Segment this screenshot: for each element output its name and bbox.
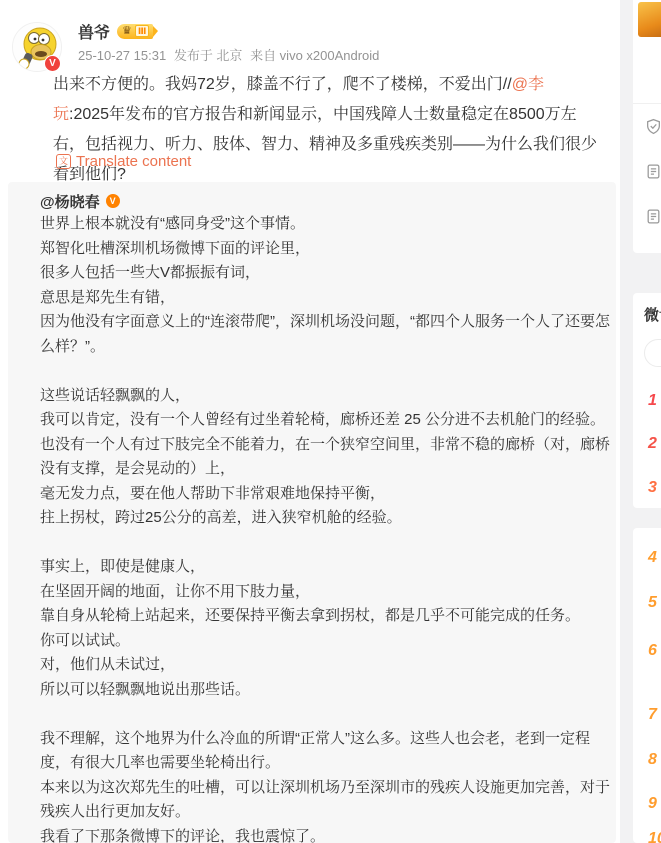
quote-line [40,359,610,384]
quote-line: 我可以肯定，没有一个人曾经有过坐着轮椅，廊桥还差 25 公分进不去机舱门的经验。 [40,408,610,433]
quote-line: 郑智化吐槽深圳机场微博下面的评论里， [40,237,610,262]
location: 发布于 北京 [174,48,243,63]
sidebar-links-card [633,0,661,253]
hot-rank[interactable]: 10 [648,830,661,843]
post-text-rest: :2025年发布的官方报告和新闻显示，中国残障人士数量稳定在8500万左右，包括… [53,106,597,183]
post-meta: 25-10-27 15:31 发布于 北京 来自 vivo x200Androi… [78,45,383,64]
quote-line: 因为他没有字面意义上的“连滚带爬”，深圳机场没问题，“都四个人服务一个人了还要怎… [40,310,610,359]
translate-icon: 文 [56,154,71,169]
quote-line [40,702,610,727]
quote-line: 所以可以轻飘飘地说出那些话。 [40,678,610,703]
quote-line: 世界上根本就没有“感同身受”这个事情。 [40,212,610,237]
rank-number: 3 [648,479,657,496]
quote-line: 对，他们从未试过， [40,653,610,678]
quote-author[interactable]: @杨晓春 [40,191,100,212]
shield-icon[interactable] [645,118,661,136]
quote-line: 在坚固开阔的地面，让你不用下肢力量， [40,580,610,605]
document-icon[interactable] [645,208,661,226]
quote-line: 很多人包括一些大V都振振有词， [40,261,610,286]
rank-number: 4 [648,549,657,566]
hot-rank[interactable]: 1 [648,392,657,410]
quoted-post[interactable]: @杨晓春 V 世界上根本就没有“感同身受”这个事情。郑智化吐槽深圳机场微博下面的… [8,182,616,843]
hot-rank[interactable]: 9 [648,795,657,813]
vip-level-label: Ⅲ [135,25,150,37]
rank-number: 9 [648,795,657,812]
quote-body: 世界上根本就没有“感同身受”这个事情。郑智化吐槽深圳机场微博下面的评论里，很多人… [40,212,610,843]
rank-number: 2 [648,435,657,452]
hot-rank[interactable]: 7 [648,706,657,724]
post-header: 兽爷 ♛ Ⅲ [78,22,153,40]
rank-number: 10 [648,830,661,843]
quote-verified-icon: V [106,194,120,208]
hot-rank[interactable]: 3 [648,479,657,497]
rank-number: 1 [648,392,657,409]
quote-line: 你可以试试。 [40,629,610,654]
quote-line: 意思是郑先生有错， [40,286,610,311]
quote-header: @杨晓春 V [40,190,610,212]
translate-button[interactable]: 文 Translate content [56,153,191,170]
translate-label: Translate content [76,153,191,170]
hot-rank[interactable]: 6 [648,642,657,660]
hot-search-title: 微博热搜 [644,304,661,325]
device-source: 来自 vivo x200Android [250,48,379,63]
rank-number: 6 [648,642,657,659]
vip-badge[interactable]: ♛ Ⅲ [117,24,153,39]
rank-number: 7 [648,706,657,723]
banner-image[interactable] [638,2,661,37]
rank-number: 5 [648,594,657,611]
hot-rank[interactable]: 4 [648,549,657,567]
quote-line: 我不理解，这个地界为什么冷血的所谓“正常人”这么多。这些人也会老，老到一定程度，… [40,727,610,776]
quote-line: 事实上，即使是健康人， [40,555,610,580]
quote-line [40,531,610,556]
author-name[interactable]: 兽爷 [78,20,110,43]
quote-line: 这些说话轻飘飘的人， [40,384,610,409]
divider [633,103,661,104]
hot-search-pill[interactable] [644,339,661,367]
hot-rank[interactable]: 8 [648,751,657,769]
rank-number: 8 [648,751,657,768]
quote-line: 本来以为这次郑先生的吐槽，可以让深圳机场乃至深圳市的残疾人设施更加完善，对于残疾… [40,776,610,825]
document-icon[interactable] [645,163,661,181]
quote-line: 毫无发力点，要在他人帮助下非常艰难地保持平衡， [40,482,610,507]
post-card: V 兽爷 ♛ Ⅲ 25-10-27 15:31 发布于 北京 来自 vivo x… [0,0,620,843]
quote-line: 我看了下那条微博下的评论，我也震惊了。 [40,825,610,843]
timestamp: 25-10-27 15:31 [78,48,166,63]
verified-letter: V [49,58,56,69]
quote-line: 靠自身从轮椅上站起来，还要保持平衡去拿到拐杖，都是几乎不可能完成的任务。 [40,604,610,629]
hot-rank[interactable]: 5 [648,594,657,612]
quote-line: 拄上拐杖，跨过25公分的高差，进入狭窄机舱的经验。 [40,506,610,531]
post-text-lead: 出来不方便的。我妈72岁，膝盖不行了，爬不了楼梯，不爱出门// [53,76,512,93]
quote-verified-letter: V [110,196,116,206]
hot-search-card: 微博热搜 123 [633,293,661,508]
crown-icon: ♛ [122,26,132,37]
hot-rank[interactable]: 2 [648,435,657,453]
hot-search-card-more: 45678910 [633,528,661,843]
quote-line: 也没有一个人有过下肢完全不能着力，在一个狭窄空间里，非常不稳的廊桥（对，廊桥没有… [40,433,610,482]
post-text: 出来不方便的。我妈72岁，膝盖不行了，爬不了楼梯，不爱出门//@李玩:2025年… [53,70,599,190]
